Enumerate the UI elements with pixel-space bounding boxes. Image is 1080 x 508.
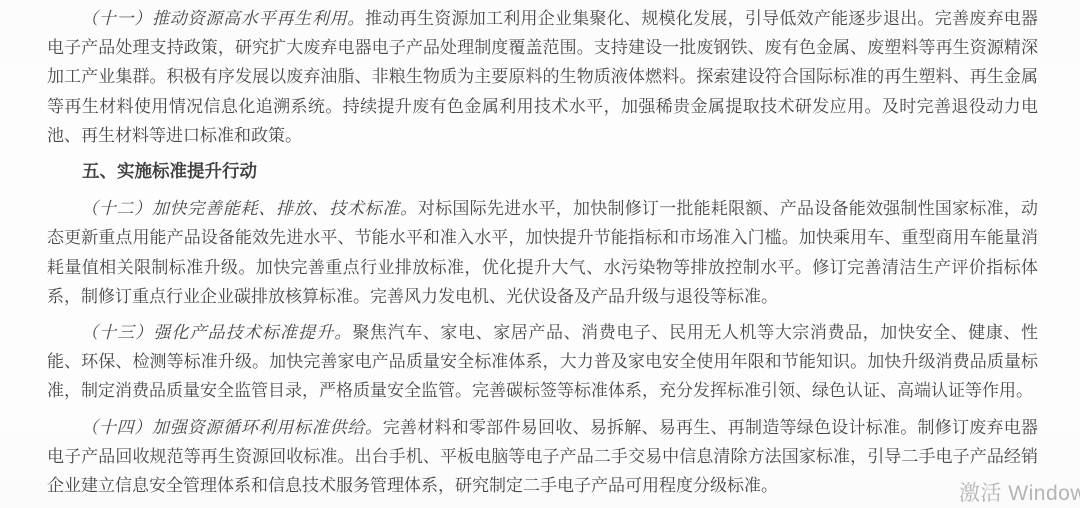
paragraph-12-number: （十二）	[81, 199, 152, 218]
activate-windows-watermark: 激活 Window	[959, 477, 1080, 507]
paragraph-13: （十三）强化产品技术标准提升。聚焦汽车、家电、家居产品、消费电子、民用无人机等大…	[47, 318, 1038, 406]
paragraph-11-lead: 推动资源高水平再生利用。	[152, 9, 365, 28]
paragraph-14-lead: 加强资源循环利用标准供给。	[152, 418, 383, 437]
paragraph-12: （十二）加快完善能耗、排放、技术标准。对标国际先进水平，加快制修订一批能耗限额、…	[47, 194, 1038, 311]
paragraph-11-number: （十一）	[81, 9, 152, 28]
section-heading: 五、实施标准提升行动	[47, 157, 1038, 186]
paragraph-12-lead: 加快完善能耗、排放、技术标准。	[152, 199, 418, 218]
paragraph-13-lead: 强化产品技术标准提升。	[153, 323, 352, 342]
paragraph-13-number: （十三）	[81, 323, 153, 342]
paragraph-11: （十一）推动资源高水平再生利用。推动再生资源加工利用企业集聚化、规模化发展，引导…	[47, 4, 1038, 150]
document-page: （十一）推动资源高水平再生利用。推动再生资源加工利用企业集聚化、规模化发展，引导…	[47, 4, 1038, 500]
paragraph-14: （十四）加强资源循环利用标准供给。完善材料和零部件易回收、易拆解、易再生、再制造…	[47, 413, 1038, 501]
paragraph-11-body: 推动再生资源加工利用企业集聚化、规模化发展，引导低效产能逐步退出。完善废弃电器电…	[47, 9, 1038, 145]
paragraph-14-number: （十四）	[81, 418, 152, 437]
